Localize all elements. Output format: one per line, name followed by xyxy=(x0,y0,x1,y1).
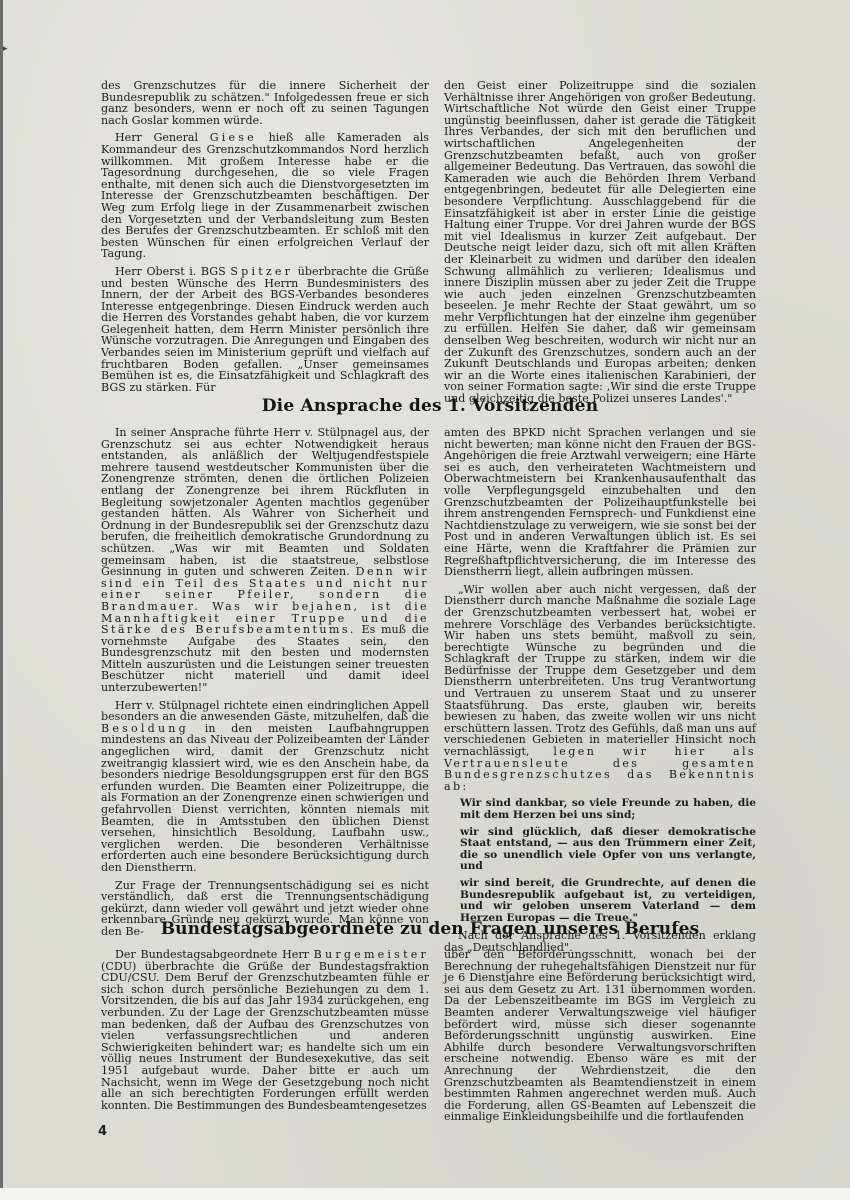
headline-bundestag: Bundestagsabgeordnete zu den Fragen unse… xyxy=(100,919,760,939)
scan-bottom-border xyxy=(0,1188,850,1200)
scan-edge xyxy=(0,0,3,1200)
ansprache-right-column: amten des BPKD nicht Sprachen verlangen … xyxy=(444,427,756,954)
pledge-line: Wir sind dankbar, so viele Freunde zu ha… xyxy=(460,798,756,821)
pledge-line: wir sind glücklich, daß dieser demokrati… xyxy=(460,827,756,873)
paragraph: Herr v. Stülpnagel richtete einen eindri… xyxy=(101,700,429,874)
pledge-quote: Wir sind dankbar, so viele Freunde zu ha… xyxy=(444,798,756,924)
margin-mark: ▸ xyxy=(3,44,8,54)
page-number: 4 xyxy=(98,1124,107,1139)
bundestag-right-column: über den Beförderungsschnitt, wonach bei… xyxy=(444,949,756,1123)
paragraph: In seiner Ansprache führte Herr v. Stülp… xyxy=(101,427,429,694)
headline-ansprache: Die Ansprache des 1. Vorsitzenden xyxy=(100,396,760,416)
scanned-page: ▸ des Grenzschutzes für die innere Siche… xyxy=(0,0,850,1200)
paragraph-spitzer: Herr Oberst i. BGS Spitzer überbrachte d… xyxy=(101,266,429,394)
paragraph: Der Bundestagsabgeordnete Herr Burgemeis… xyxy=(101,949,429,1111)
paragraph: amten des BPKD nicht Sprachen verlangen … xyxy=(444,427,756,578)
paragraph: über den Beförderungsschnitt, wonach bei… xyxy=(444,949,756,1123)
paragraph: des Grenzschutzes für die innere Sicherh… xyxy=(101,80,429,126)
pledge-line: wir sind bereit, die Grundrechte, auf de… xyxy=(460,878,756,924)
ansprache-left-column: In seiner Ansprache führte Herr v. Stülp… xyxy=(101,427,429,938)
bundestag-left-column: Der Bundestagsabgeordnete Herr Burgemeis… xyxy=(101,949,429,1111)
paragraph-giese: Herr General Giese hieß alle Kameraden a… xyxy=(101,132,429,260)
top-left-column: des Grenzschutzes für die innere Sicherh… xyxy=(101,80,429,393)
paragraph: „Wir wollen aber auch nicht vergessen, d… xyxy=(444,584,756,793)
top-right-column: den Geist einer Polizeitruppe sind die s… xyxy=(444,80,756,405)
paragraph: den Geist einer Polizeitruppe sind die s… xyxy=(444,80,756,405)
